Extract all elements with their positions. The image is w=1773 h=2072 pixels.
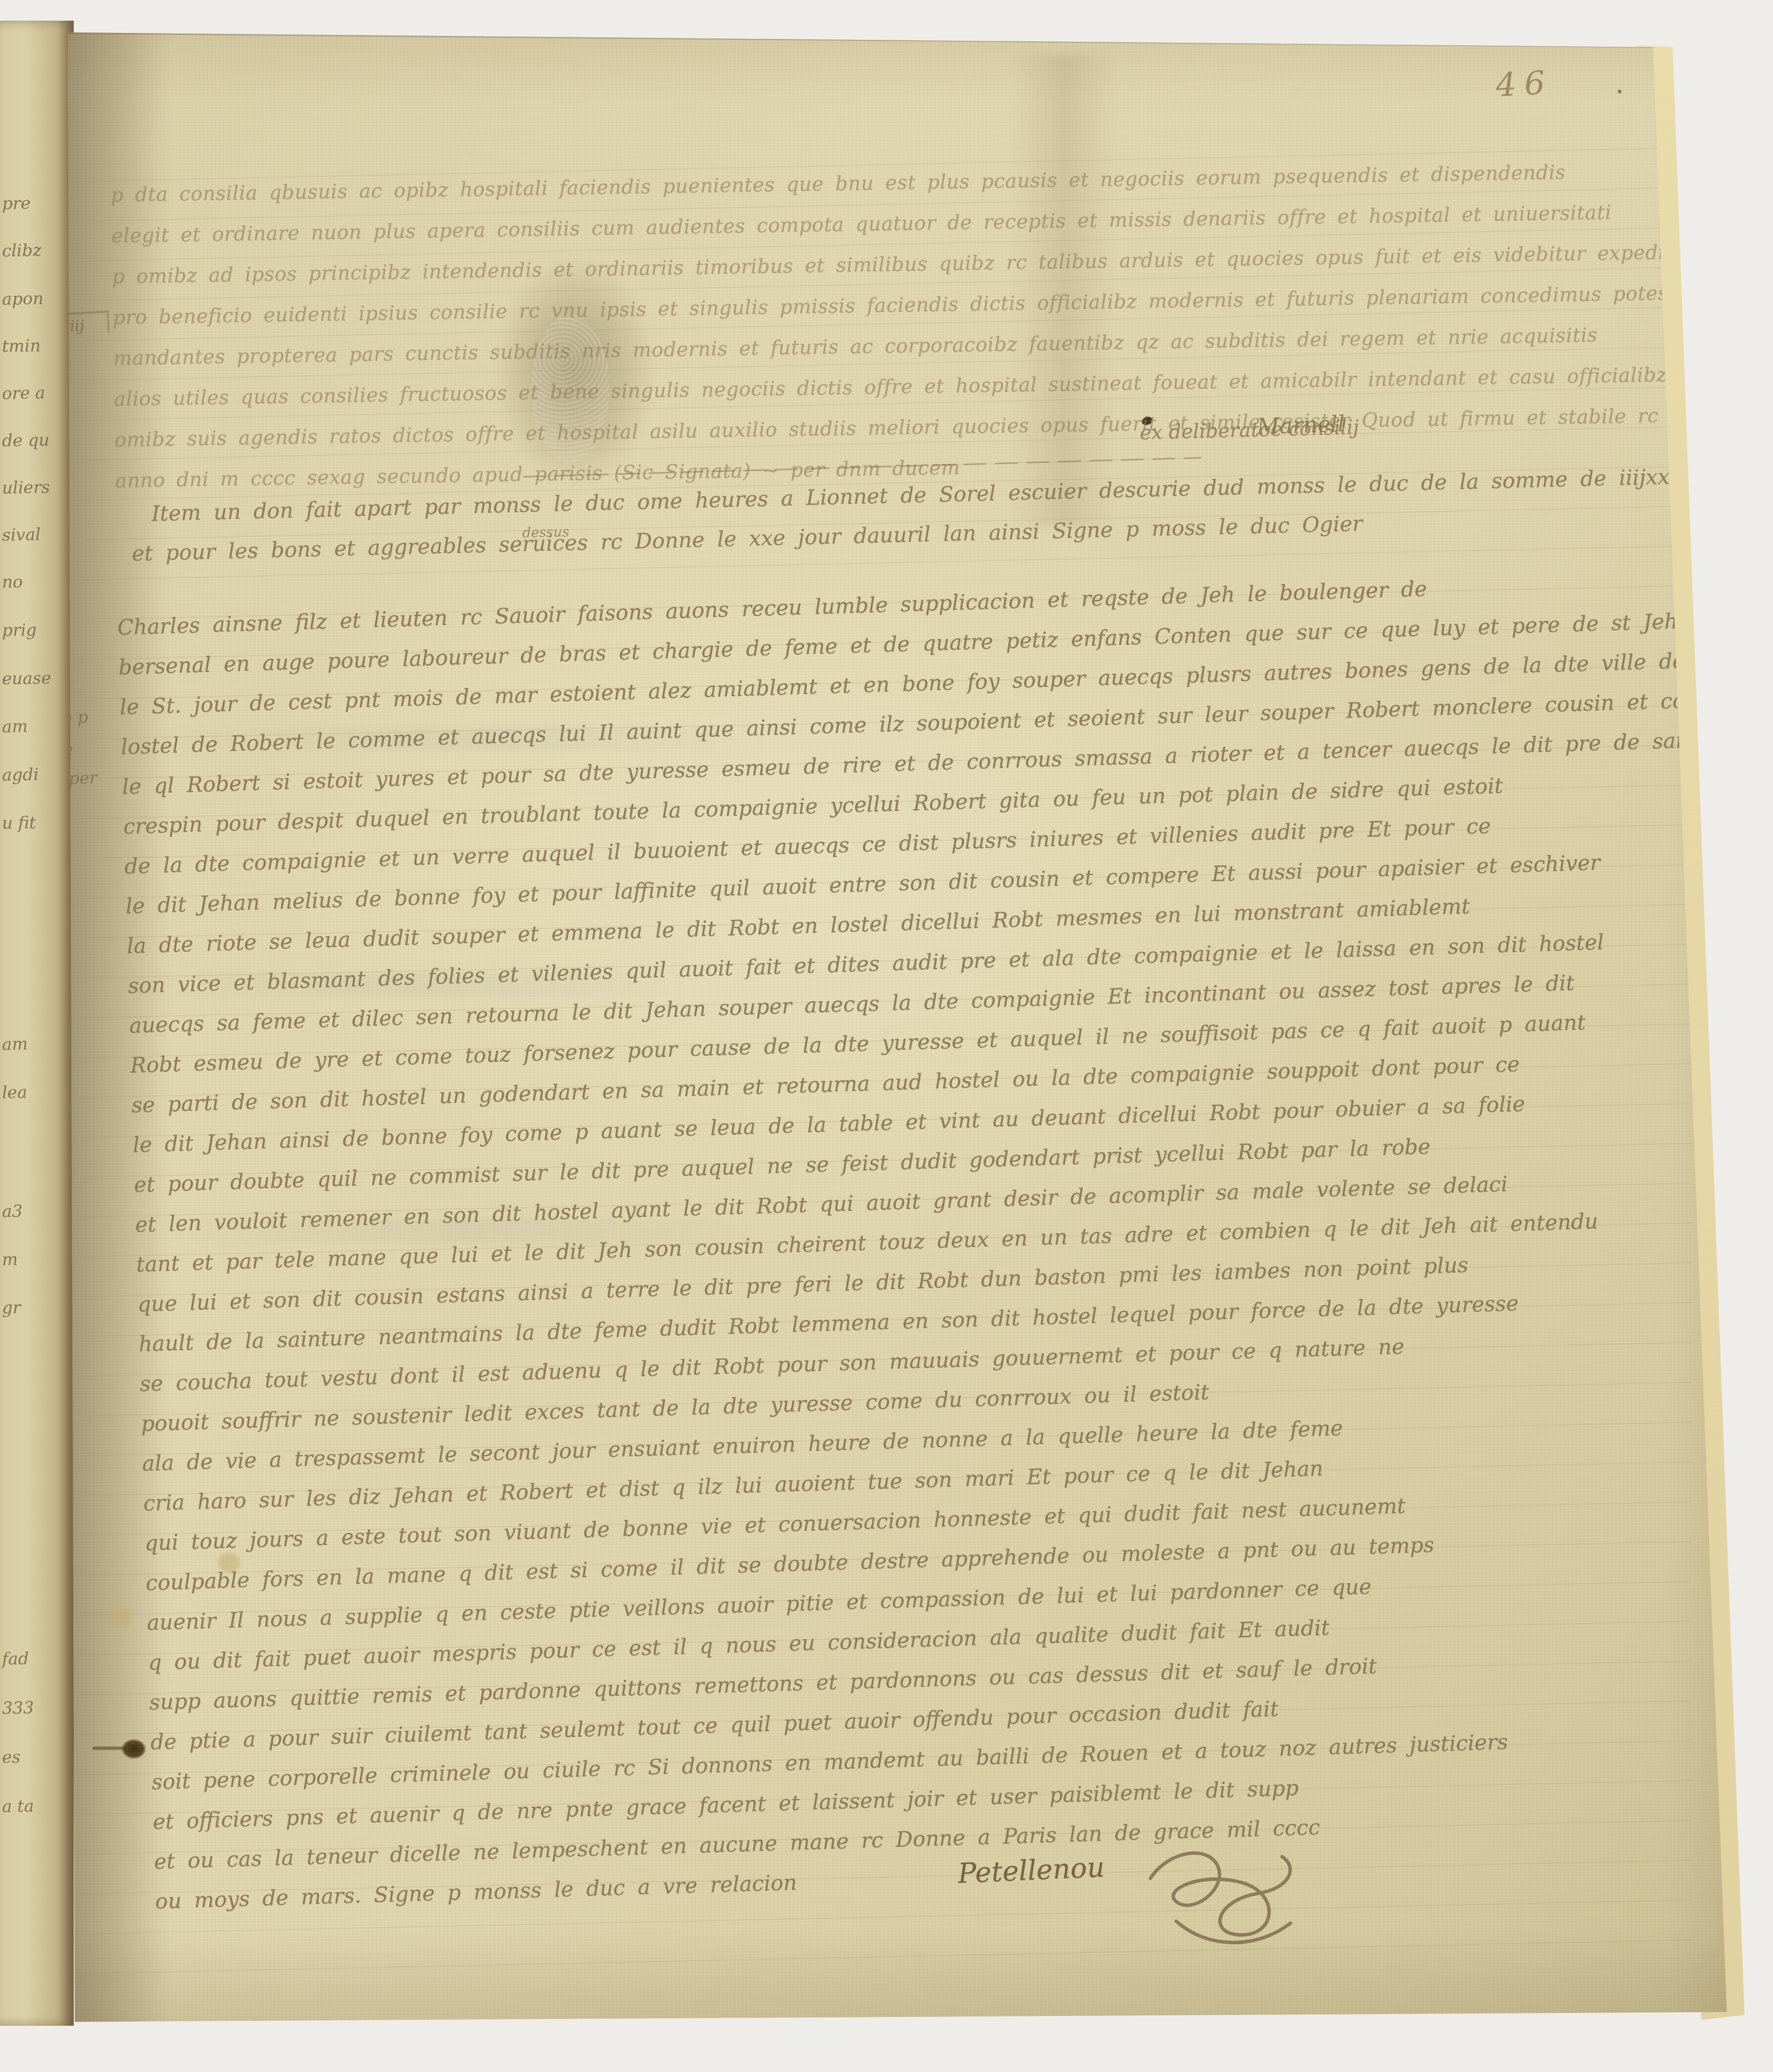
- text-line: que lui et son dit cousin estans ainsi a…: [137, 1253, 1469, 1317]
- ruling-line: [81, 784, 1691, 819]
- text-line: hault de la sainture neantmains la dte f…: [138, 1291, 1519, 1357]
- ruling-line: [81, 1143, 1691, 1178]
- ruling-line: [81, 147, 1691, 182]
- ruling-line: [81, 1860, 1691, 1894]
- parchment-page: 46 p dta consilia qbusuis ac opibz hospi…: [0, 0, 1773, 2072]
- text-line: se coucha tout vestu dont il est aduenu …: [140, 1334, 1405, 1396]
- ruling-line: [81, 1382, 1691, 1417]
- ruling-line: [81, 864, 1691, 899]
- latin-entry: p dta consilia qbusuis ac opibz hospital…: [0, 0, 1773, 2072]
- text-line: lostel de Robert le comme et auecqs lui …: [120, 683, 1773, 760]
- text-line: auenir Il nous a supplie q en ceste ptie…: [147, 1574, 1372, 1635]
- text-line: Robt esmeu de yre et come touz forsenez …: [130, 1010, 1586, 1078]
- text-line: bersenal en auge poure laboureur de bras…: [118, 608, 1704, 680]
- ruling-line: [81, 1342, 1691, 1377]
- ruling-line: [81, 1302, 1691, 1337]
- page-number: 46: [1495, 63, 1554, 104]
- ruling-line: [81, 1820, 1691, 1855]
- interline-insertion: ex deliberatoe consilij: [1139, 416, 1359, 444]
- text-line: coulpable fors en la mane q dit est si c…: [146, 1533, 1435, 1596]
- previous-leaf-edge: preclibzapontminore ade quulierssivalnop…: [0, 21, 74, 2026]
- gutter-text-fragment: ore a: [2, 383, 46, 404]
- text-line: anno dni m cccc sexag secundo apud paris…: [115, 456, 960, 492]
- line-filler-dashes: [523, 457, 1202, 477]
- text-line: et ou cas la teneur dicelle ne lempesche…: [153, 1815, 1320, 1874]
- item-entry: Item un don fait apart par monss le duc …: [0, 0, 1773, 2072]
- text-line: Item un don fait apart par monss le duc …: [151, 463, 1738, 527]
- yellow-stain: [109, 1607, 132, 1627]
- verso-ghost-text: [167, 1219, 757, 1242]
- gutter-text-fragment: fad: [2, 1649, 29, 1669]
- ruling-line: [81, 426, 1691, 461]
- ruling-line: [81, 944, 1691, 978]
- ruling-line: [81, 1103, 1691, 1138]
- text-line: qui touz jours a este tout son viuant de…: [144, 1494, 1406, 1556]
- gutter-text-fragment: pre: [2, 193, 31, 213]
- ruling-line: [81, 187, 1691, 222]
- gutter-text-fragment: am: [2, 1035, 28, 1055]
- text-line: crespin pour despit duquel en troublant …: [123, 774, 1503, 839]
- text-line: et pour doubte quil ne commist sur le di…: [134, 1134, 1431, 1197]
- ink-dot: [1618, 89, 1622, 93]
- ruling-line: [81, 466, 1691, 501]
- gutter-text-fragment: es: [2, 1747, 21, 1768]
- yellow-stain: [218, 1553, 240, 1572]
- text-line: tant et par tele mane que lui et le dit …: [136, 1209, 1598, 1277]
- gutter-text-fragment: apon: [2, 289, 44, 309]
- text-line: q ou dit fait puet auoir mespris pour ce…: [148, 1616, 1330, 1675]
- ruling-line: [81, 625, 1691, 660]
- page-top-edge: [67, 31, 1655, 48]
- verso-ghost-text: [157, 728, 772, 750]
- ruling-line: [81, 1939, 1691, 1974]
- text-line: le dit Jehan melius de bonne foy et pour…: [125, 851, 1600, 919]
- damp-stain: [494, 256, 656, 487]
- gutter-text-fragment: tmin: [2, 336, 41, 356]
- ink-spot: [1141, 415, 1153, 427]
- vertical-stain-band: [1013, 54, 1116, 526]
- ruling-line: [81, 1461, 1691, 1496]
- ruling-line: [81, 505, 1691, 540]
- text-line: se parti de son dit hostel un godendart …: [131, 1052, 1520, 1118]
- ruling-line: [81, 1501, 1691, 1536]
- text-line: son vice et blasmant des folies et vilen…: [128, 930, 1604, 999]
- text-line: supp auons quittie remis et pardonne qui…: [149, 1654, 1377, 1715]
- ruling-line: [81, 266, 1691, 301]
- text-line: ou moys de mars. Signe p monss le duc a …: [155, 1870, 798, 1914]
- ruling-line: [81, 983, 1691, 1018]
- gutter-text-fragment: euase: [2, 668, 52, 689]
- ruling-line: [81, 306, 1691, 341]
- text-line: pouoit souffrir ne soustenir ledit exces…: [141, 1380, 1210, 1436]
- gutter-text-fragment: uliers: [2, 477, 50, 498]
- gutter-text-fragment: no: [2, 572, 23, 592]
- ruling-line: [81, 824, 1691, 859]
- gutter-text-fragment: gr: [2, 1298, 21, 1318]
- gutter-text-fragment: clibz: [2, 240, 42, 261]
- ruling-line: [81, 1621, 1691, 1656]
- ruling-line: [81, 1023, 1691, 1058]
- text-line: mandantes propterea pars cunctis subditi…: [113, 324, 1597, 370]
- text-line: omibz suis agendis ratos dictos offre et…: [115, 402, 1773, 451]
- ruling-line: [81, 1421, 1691, 1456]
- text-line: alios utiles quas consilies fructuosos e…: [114, 363, 1698, 411]
- text-line: de la dte compaignie et un verre auquel …: [124, 814, 1491, 879]
- signature-name: Petellenou: [957, 1852, 1105, 1890]
- text-line: cria haro sur les diz Jehan et Robert et…: [143, 1456, 1324, 1516]
- ruling-line: [81, 346, 1691, 381]
- gutter-text-fragment: sival: [2, 525, 41, 545]
- text-line: le St. jour de cest pnt mois de mar esto…: [119, 645, 1773, 720]
- text-line: le ql Robert si estoit yures et pour sa …: [122, 728, 1705, 799]
- ruling-line: [81, 904, 1691, 939]
- text-line: le dit Jehan ainsi de bonne foy come p a…: [132, 1092, 1525, 1157]
- gutter-text-fragment: am: [2, 717, 28, 737]
- ruling-line: [81, 665, 1691, 700]
- ruling-line: [81, 1183, 1691, 1217]
- gutter-text-fragment: de qu: [2, 430, 50, 451]
- text-line: et officiers pns et auenir q de nre pnte…: [152, 1776, 1299, 1835]
- ruling-line: [81, 585, 1691, 620]
- ruling-line: [81, 227, 1691, 262]
- ruling-line: [81, 744, 1691, 779]
- gutter-text-fragment: a3: [2, 1202, 23, 1222]
- gutter-text-fragment: lea: [2, 1083, 28, 1103]
- gutter-shadow: [68, 30, 171, 2026]
- ruling-line: [81, 1063, 1691, 1098]
- ruling-line: [81, 1700, 1691, 1735]
- ruling-line: [81, 1780, 1691, 1815]
- ruling-line: [81, 1581, 1691, 1616]
- text-line: pro beneficio euidenti ipsius consilie r…: [113, 281, 1727, 329]
- text-line: Charles ainsne filz et lieuten rc Sauoir…: [117, 577, 1427, 640]
- text-line: p omibz ad ipsos principibz intendendis …: [112, 240, 1762, 289]
- text-line: ala de vie a trespassemt le secont jour …: [142, 1416, 1343, 1476]
- ink-blot: [121, 1739, 147, 1759]
- text-line: soit pene corporelle criminele ou ciuile…: [151, 1730, 1508, 1795]
- gutter-text-fragment: prig: [2, 620, 37, 640]
- gutter-text-fragment: agdi: [2, 765, 39, 785]
- text-line: et pour les bons et aggreables seruices …: [132, 511, 1363, 566]
- ruling-line: [81, 705, 1691, 740]
- ruling-line: [81, 1541, 1691, 1576]
- signature-paraph-flourish-icon: [1143, 1836, 1311, 1962]
- text-line: auecqs sa feme et dilec sen retourna le …: [129, 971, 1575, 1038]
- text-line: et len vouloit remener en son dit hostel…: [135, 1172, 1508, 1238]
- verso-ghost-text: [148, 974, 688, 996]
- ruling-line: [81, 1262, 1691, 1297]
- damp-stain-speckle: [531, 315, 610, 462]
- gutter-text-fragment: 333: [2, 1698, 34, 1718]
- text-line: la dte riote se leua dudit souper et emm…: [126, 894, 1470, 959]
- gutter-text-fragment: u fit: [2, 813, 36, 833]
- text-line: p dta consilia qbusuis ac opibz hospital…: [111, 161, 1566, 207]
- manuscript-scan: preclibzapontminore ade quulierssivalnop…: [0, 0, 1773, 2072]
- ruling-line: [81, 386, 1691, 421]
- gutter-text-fragment: a ta: [2, 1796, 34, 1816]
- ruling-line: [81, 545, 1691, 580]
- ruling-line: [81, 1740, 1691, 1775]
- remission-entry: Charles ainsne filz et lieuten rc Sauoir…: [0, 0, 1773, 2072]
- clerk-countersign: Marnell: [1256, 411, 1345, 440]
- ruling-line: [81, 1660, 1691, 1695]
- ruling-line: [81, 1899, 1691, 1934]
- ruling-line: [81, 1222, 1691, 1257]
- gutter-text-fragment: m: [2, 1250, 18, 1270]
- interline-note: dessus: [522, 524, 569, 541]
- text-line: de ptie a pour suir ciuilemt tant seulem…: [150, 1697, 1279, 1755]
- text-line: elegit et ordinare nuon plus apera consi…: [111, 201, 1612, 247]
